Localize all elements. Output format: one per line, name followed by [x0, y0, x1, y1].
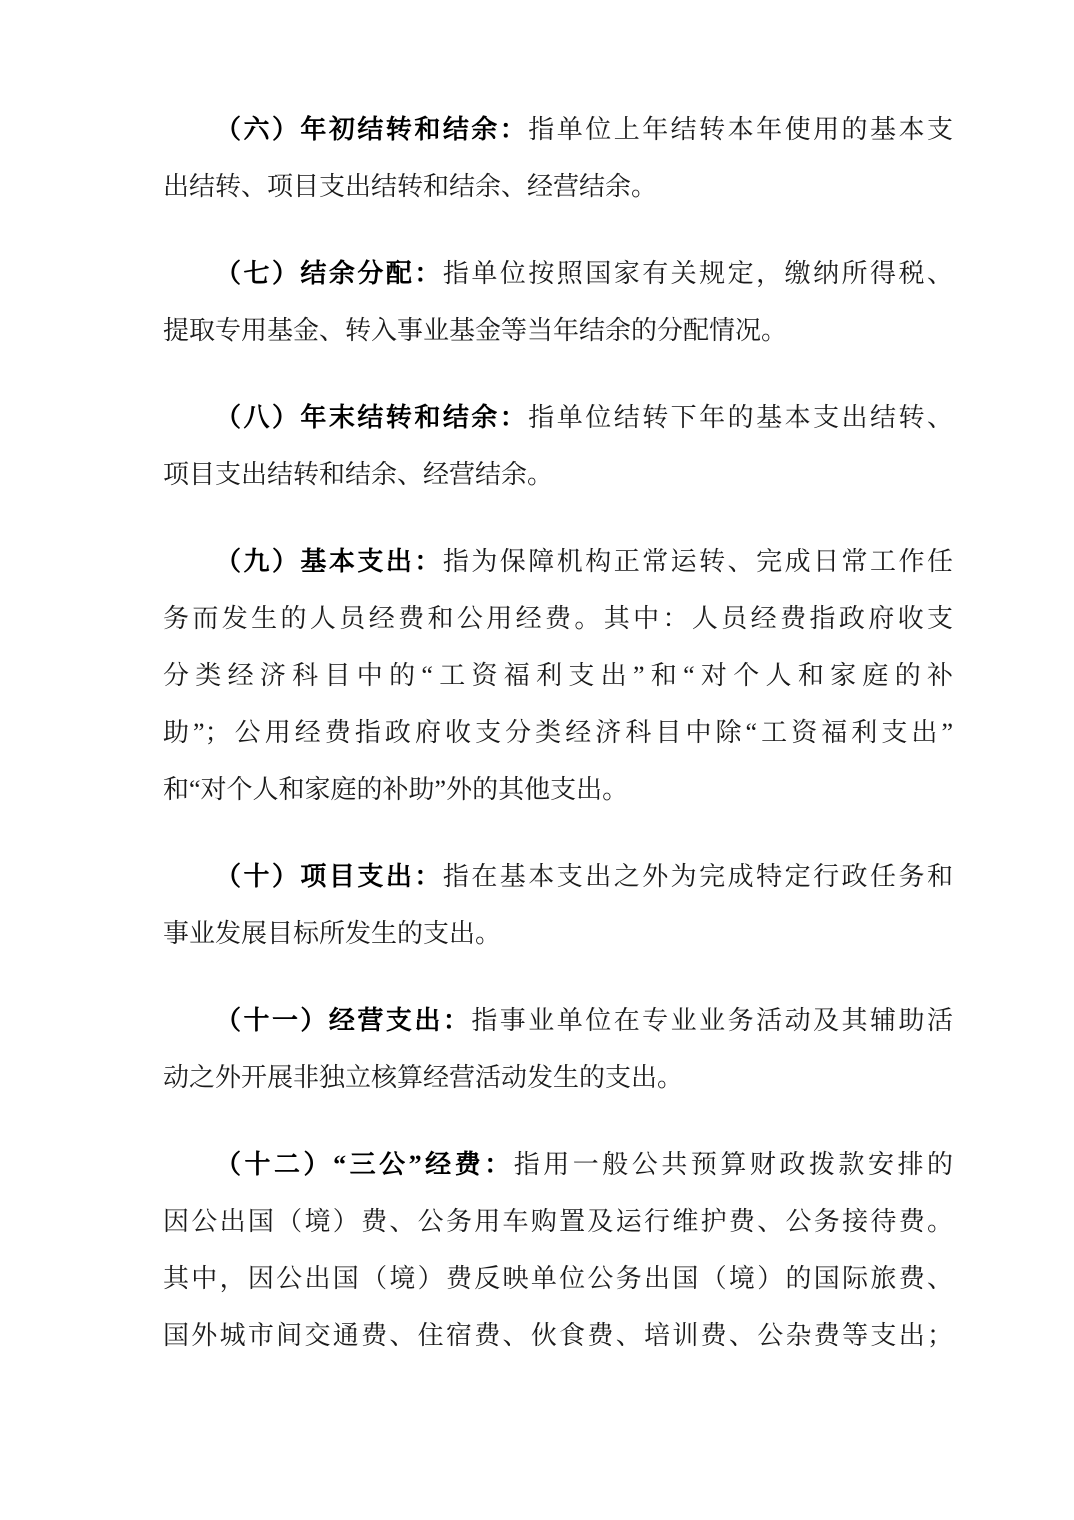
paragraph-text: 提取专用基金、转入事业基金等当年结余的分配情况。 [163, 302, 953, 359]
paragraph-item-12: （十二）“三公”经费：指用一般公共预算财政拨款安排的因公出国（境）费、公务用车购… [163, 1136, 953, 1364]
document-body: （六）年初结转和结余：指单位上年结转本年使用的基本支出结转、项目支出结转和结余、… [163, 101, 953, 1364]
text-line: （七）结余分配：指单位按照国家有关规定，缴纳所得税、 [163, 245, 953, 302]
paragraph-text: 动之外开展非独立核算经营活动发生的支出。 [163, 1049, 953, 1106]
paragraph-lead: （八）年末结转和结余： [215, 403, 528, 432]
paragraph-text: 项目支出结转和结余、经营结余。 [163, 446, 953, 503]
paragraph-text: 分类经济科目中的“工资福利支出”和“对个人和家庭的补 [163, 647, 953, 704]
paragraph-text: 因公出国（境）费、公务用车购置及运行维护费、公务接待费。 [163, 1193, 953, 1250]
paragraph-lead: （十二）“三公”经费： [215, 1150, 514, 1179]
paragraph-text: 国外城市间交通费、住宿费、伙食费、培训费、公杂费等支出； [163, 1307, 953, 1364]
paragraph-item-7: （七）结余分配：指单位按照国家有关规定，缴纳所得税、提取专用基金、转入事业基金等… [163, 245, 953, 359]
text-line: （八）年末结转和结余：指单位结转下年的基本支出结转、 [163, 389, 953, 446]
paragraph-item-10: （十）项目支出：指在基本支出之外为完成特定行政任务和事业发展目标所发生的支出。 [163, 848, 953, 962]
paragraph-item-6: （六）年初结转和结余：指单位上年结转本年使用的基本支出结转、项目支出结转和结余、… [163, 101, 953, 215]
paragraph-text: 指为保障机构正常运转、完成日常工作任 [443, 547, 953, 576]
text-line: （六）年初结转和结余：指单位上年结转本年使用的基本支 [163, 101, 953, 158]
text-line: （十）项目支出：指在基本支出之外为完成特定行政任务和 [163, 848, 953, 905]
paragraph-text: 指在基本支出之外为完成特定行政任务和 [443, 862, 953, 891]
paragraph-text: 助”；公用经费指政府收支分类经济科目中除“工资福利支出” [163, 704, 953, 761]
paragraph-text: 指用一般公共预算财政拨款安排的 [514, 1150, 953, 1179]
paragraph-lead: （十）项目支出： [215, 862, 443, 891]
paragraph-text: 事业发展目标所发生的支出。 [163, 905, 953, 962]
paragraph-text: 出结转、项目支出结转和结余、经营结余。 [163, 158, 953, 215]
paragraph-text: 指单位结转下年的基本支出结转、 [528, 403, 953, 432]
paragraph-text: 其中，因公出国（境）费反映单位公务出国（境）的国际旅费、 [163, 1250, 953, 1307]
paragraph-text: 指事业单位在专业业务活动及其辅助活 [471, 1006, 953, 1035]
paragraph-item-9: （九）基本支出：指为保障机构正常运转、完成日常工作任务而发生的人员经费和公用经费… [163, 533, 953, 818]
text-line: （十一）经营支出：指事业单位在专业业务活动及其辅助活 [163, 992, 953, 1049]
paragraph-item-11: （十一）经营支出：指事业单位在专业业务活动及其辅助活动之外开展非独立核算经营活动… [163, 992, 953, 1106]
paragraph-text: 指单位上年结转本年使用的基本支 [528, 115, 953, 144]
paragraph-lead: （九）基本支出： [215, 547, 443, 576]
paragraph-text: 和“对个人和家庭的补助”外的其他支出。 [163, 761, 953, 818]
paragraph-text: 务而发生的人员经费和公用经费。其中：人员经费指政府收支 [163, 590, 953, 647]
text-line: （九）基本支出：指为保障机构正常运转、完成日常工作任 [163, 533, 953, 590]
paragraph-lead: （七）结余分配： [215, 259, 443, 288]
paragraph-text: 指单位按照国家有关规定，缴纳所得税、 [443, 259, 953, 288]
paragraph-lead: （十一）经营支出： [215, 1006, 471, 1035]
paragraph-item-8: （八）年末结转和结余：指单位结转下年的基本支出结转、项目支出结转和结余、经营结余… [163, 389, 953, 503]
paragraph-lead: （六）年初结转和结余： [215, 115, 528, 144]
text-line: （十二）“三公”经费：指用一般公共预算财政拨款安排的 [163, 1136, 953, 1193]
